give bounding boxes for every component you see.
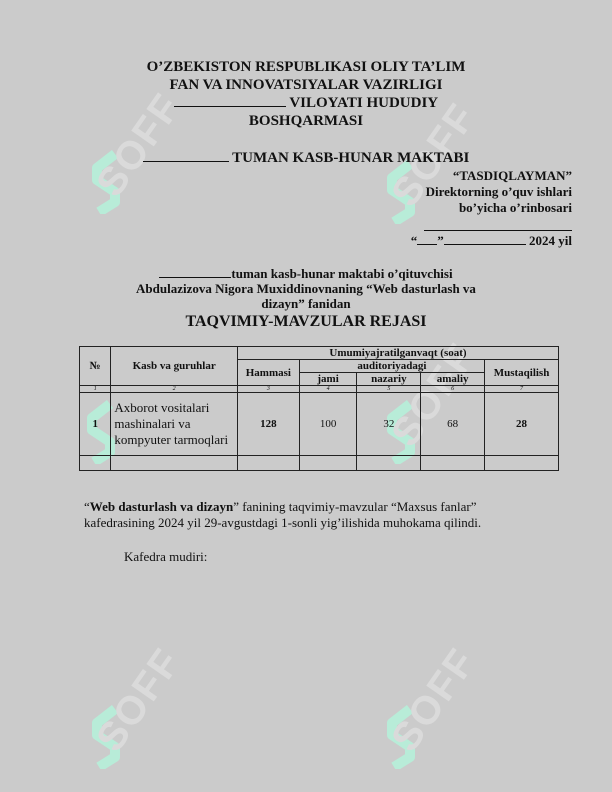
col-number-header: №	[80, 347, 111, 386]
table-row-empty	[80, 456, 559, 471]
para-line-2: kafedrasining 2024 yil 29-avgustdagi 1-s…	[84, 515, 481, 530]
empty-cell	[357, 456, 421, 471]
column-number: 5	[357, 386, 421, 393]
row-number: 1	[80, 393, 111, 456]
empty-cell	[299, 456, 357, 471]
approval-title: “TASDIQLAYMAN”	[411, 168, 572, 184]
empty-cell	[237, 456, 299, 471]
col-total-group-header: Umumiyajratilganvaqt (soat)	[237, 347, 558, 360]
empty-cell	[80, 456, 111, 471]
month-blank	[444, 244, 526, 245]
subtitle-line-3: dizayn” fanidan	[0, 296, 612, 311]
district-blank-2	[159, 277, 231, 278]
col-auditorium-header: auditoriyadagi	[299, 360, 484, 373]
department-head-label: Kafedra mudiri:	[124, 549, 207, 565]
approval-block: “TASDIQLAYMAN” Direktorning o’quv ishlar…	[411, 168, 572, 249]
table-row: 1 Axborot vositalari mashinalari va komp…	[80, 393, 559, 456]
subtitle-line-2: Abdulazizova Nigora Muxiddinovnaning “We…	[0, 281, 612, 296]
col-all-header: jami	[299, 373, 357, 386]
row-all: 100	[299, 393, 357, 456]
district-blank	[143, 161, 229, 162]
column-number: 3	[237, 386, 299, 393]
approval-line-1: Direktorning o’quv ishlari	[411, 184, 572, 200]
header-line-3-text: VILOYATI HUDUDIY	[289, 95, 438, 111]
document-page: O’ZBEKISTON RESPUBLIKASI OLIY TA’LIM FAN…	[0, 0, 612, 792]
subject-name-bold: Web dasturlash va dizayn	[90, 499, 233, 514]
school-name: TUMAN KASB-HUNAR MAKTABI	[232, 150, 469, 166]
column-number: 2	[111, 386, 238, 393]
col-practice-header: amaliy	[421, 373, 485, 386]
school-line: TUMAN KASB-HUNAR MAKTABI	[0, 149, 612, 167]
row-subject: Axborot vositalari mashinalari va kompyu…	[111, 393, 238, 456]
page-title: TAQVIMIY-MAVZULAR REJASI	[0, 313, 612, 331]
column-number: 4	[299, 386, 357, 393]
date-quote-open: “	[411, 233, 418, 248]
row-independent: 28	[485, 393, 559, 456]
teacher-subtitle: tuman kasb-hunar maktabi o’qituvchisi Ab…	[0, 266, 612, 311]
discussion-paragraph: “Web dasturlash va dizayn” fanining taqv…	[84, 499, 544, 531]
region-blank	[174, 106, 286, 107]
header-line-3: VILOYATI HUDUDIY	[0, 94, 612, 112]
column-number: 1	[80, 386, 111, 393]
ministry-header: O’ZBEKISTON RESPUBLIKASI OLIY TA’LIM FAN…	[0, 58, 612, 130]
approval-year: 2024 yil	[529, 233, 572, 248]
header-line-2: FAN VA INNOVATSIYALAR VAZIRLIGI	[0, 76, 612, 94]
row-total: 128	[237, 393, 299, 456]
para-line-1: ” fanining taqvimiy-mavzular “Maxsus fan…	[233, 499, 476, 514]
col-theory-header: nazariy	[357, 373, 421, 386]
plan-table: № Kasb va guruhlar Umumiyajratilganvaqt …	[79, 346, 559, 471]
header-line-4: BOSHQARMASI	[0, 112, 612, 130]
col-independent-header: Mustaqilish	[485, 360, 559, 386]
subtitle-line-1-text: tuman kasb-hunar maktabi o’qituvchisi	[231, 266, 452, 281]
empty-cell	[421, 456, 485, 471]
approval-date: “” 2024 yil	[411, 233, 572, 249]
column-number: 6	[421, 386, 485, 393]
row-theory: 32	[357, 393, 421, 456]
col-subject-header: Kasb va guruhlar	[111, 347, 238, 386]
column-numbers-row: 1 2 3 4 5 6 7	[80, 386, 559, 393]
col-total-header: Hammasi	[237, 360, 299, 386]
empty-cell	[485, 456, 559, 471]
row-practice: 68	[421, 393, 485, 456]
empty-cell	[111, 456, 238, 471]
approval-line-2: bo’yicha o’rinbosari	[411, 200, 572, 216]
header-line-1: O’ZBEKISTON RESPUBLIKASI OLIY TA’LIM	[0, 58, 612, 76]
signature-line	[424, 216, 572, 231]
day-blank	[417, 244, 437, 245]
subtitle-line-1: tuman kasb-hunar maktabi o’qituvchisi	[0, 266, 612, 281]
date-quote-close: ”	[437, 233, 444, 248]
column-number: 7	[485, 386, 559, 393]
